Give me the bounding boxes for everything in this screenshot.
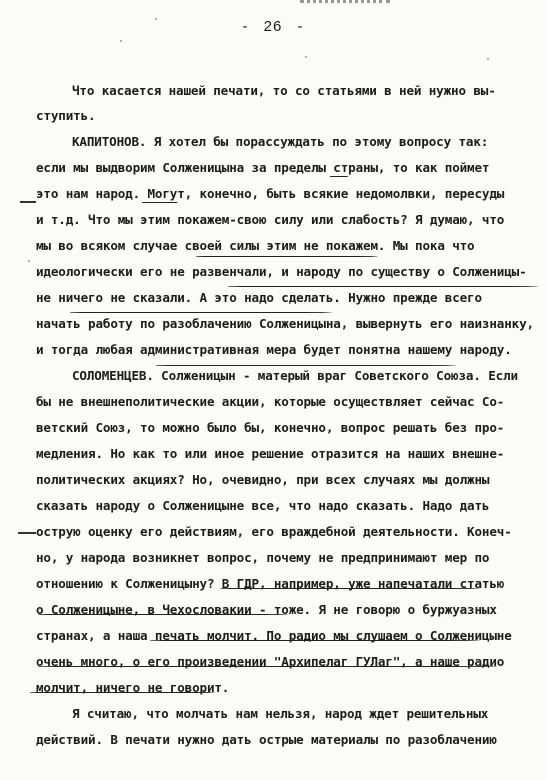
underline <box>228 286 538 287</box>
speck <box>305 56 307 58</box>
text-line: если мы выдворим Солженицына за пределы … <box>36 160 489 176</box>
page-number: - 26 - <box>0 18 546 35</box>
text-line: Что касается нашей печати, то со статьям… <box>72 83 496 99</box>
underline <box>196 256 378 257</box>
text-line: ступить. <box>36 108 95 124</box>
text-line: странах, а наша печать молчит. По радио … <box>36 628 512 644</box>
text-line: острую оценку его действиям, его враждеб… <box>36 524 512 540</box>
text-line: бы не внешнеполитические акции, которые … <box>36 394 504 410</box>
underline <box>38 614 288 615</box>
underline <box>330 176 348 177</box>
speck <box>120 40 122 42</box>
text-line: действий. В печати нужно дать острые мат… <box>36 732 497 748</box>
underline <box>70 312 332 313</box>
text-line: и т.д. Что мы этим покажем-свою силу или… <box>36 212 504 228</box>
underline <box>150 640 480 641</box>
text-line: начать работу по разоблачению Солженицын… <box>36 316 534 332</box>
text-line: политических акциях? Но, очевидно, при в… <box>36 472 489 488</box>
text-line: молчит, ничего не говорит. <box>36 680 229 696</box>
text-line: сказать народу о Солженицыне все, что на… <box>36 498 489 514</box>
speck <box>487 58 489 60</box>
underline <box>30 692 215 693</box>
underline <box>220 588 480 589</box>
text-line: медления. Но как то или иное решение отр… <box>36 446 504 462</box>
speck <box>28 260 30 262</box>
text-line: не ничего не сказали. А это надо сделать… <box>36 290 482 306</box>
text-line: мы во всяком случае своей силы этим не п… <box>36 238 475 254</box>
underline <box>142 202 178 203</box>
text-line: это нам народ. Могут, конечно, быть всяк… <box>36 186 504 202</box>
text-line: и тогда любая административная мера буде… <box>36 342 512 358</box>
text-line: но, у народа возникнет вопрос, почему не… <box>36 550 489 566</box>
text-line: Я считаю, что молчать нам нельзя, народ … <box>72 706 488 722</box>
underline <box>38 666 498 667</box>
text-line: о Солженицыне, в Чехословакии - тоже. Я … <box>36 602 497 618</box>
strike-dash <box>20 201 36 203</box>
page-top-mark <box>300 0 390 7</box>
text-line: СОЛОМЕНЦЕВ. Солженицын - матерый враг Со… <box>72 368 518 384</box>
text-line: идеологически его не развенчали, и народ… <box>36 264 527 280</box>
text-line: отношению к Солженицыну? В ГДР, например… <box>36 576 504 592</box>
speck <box>155 18 157 20</box>
text-line: КАПИТОНОВ. Я хотел бы порассуждать по эт… <box>72 134 488 150</box>
strike-dash <box>18 532 36 534</box>
text-line: ветский Союз, то можно было бы, конечно,… <box>36 420 504 436</box>
underline <box>156 365 456 366</box>
text-line: очень много, о его произведении "Архипел… <box>36 654 504 670</box>
